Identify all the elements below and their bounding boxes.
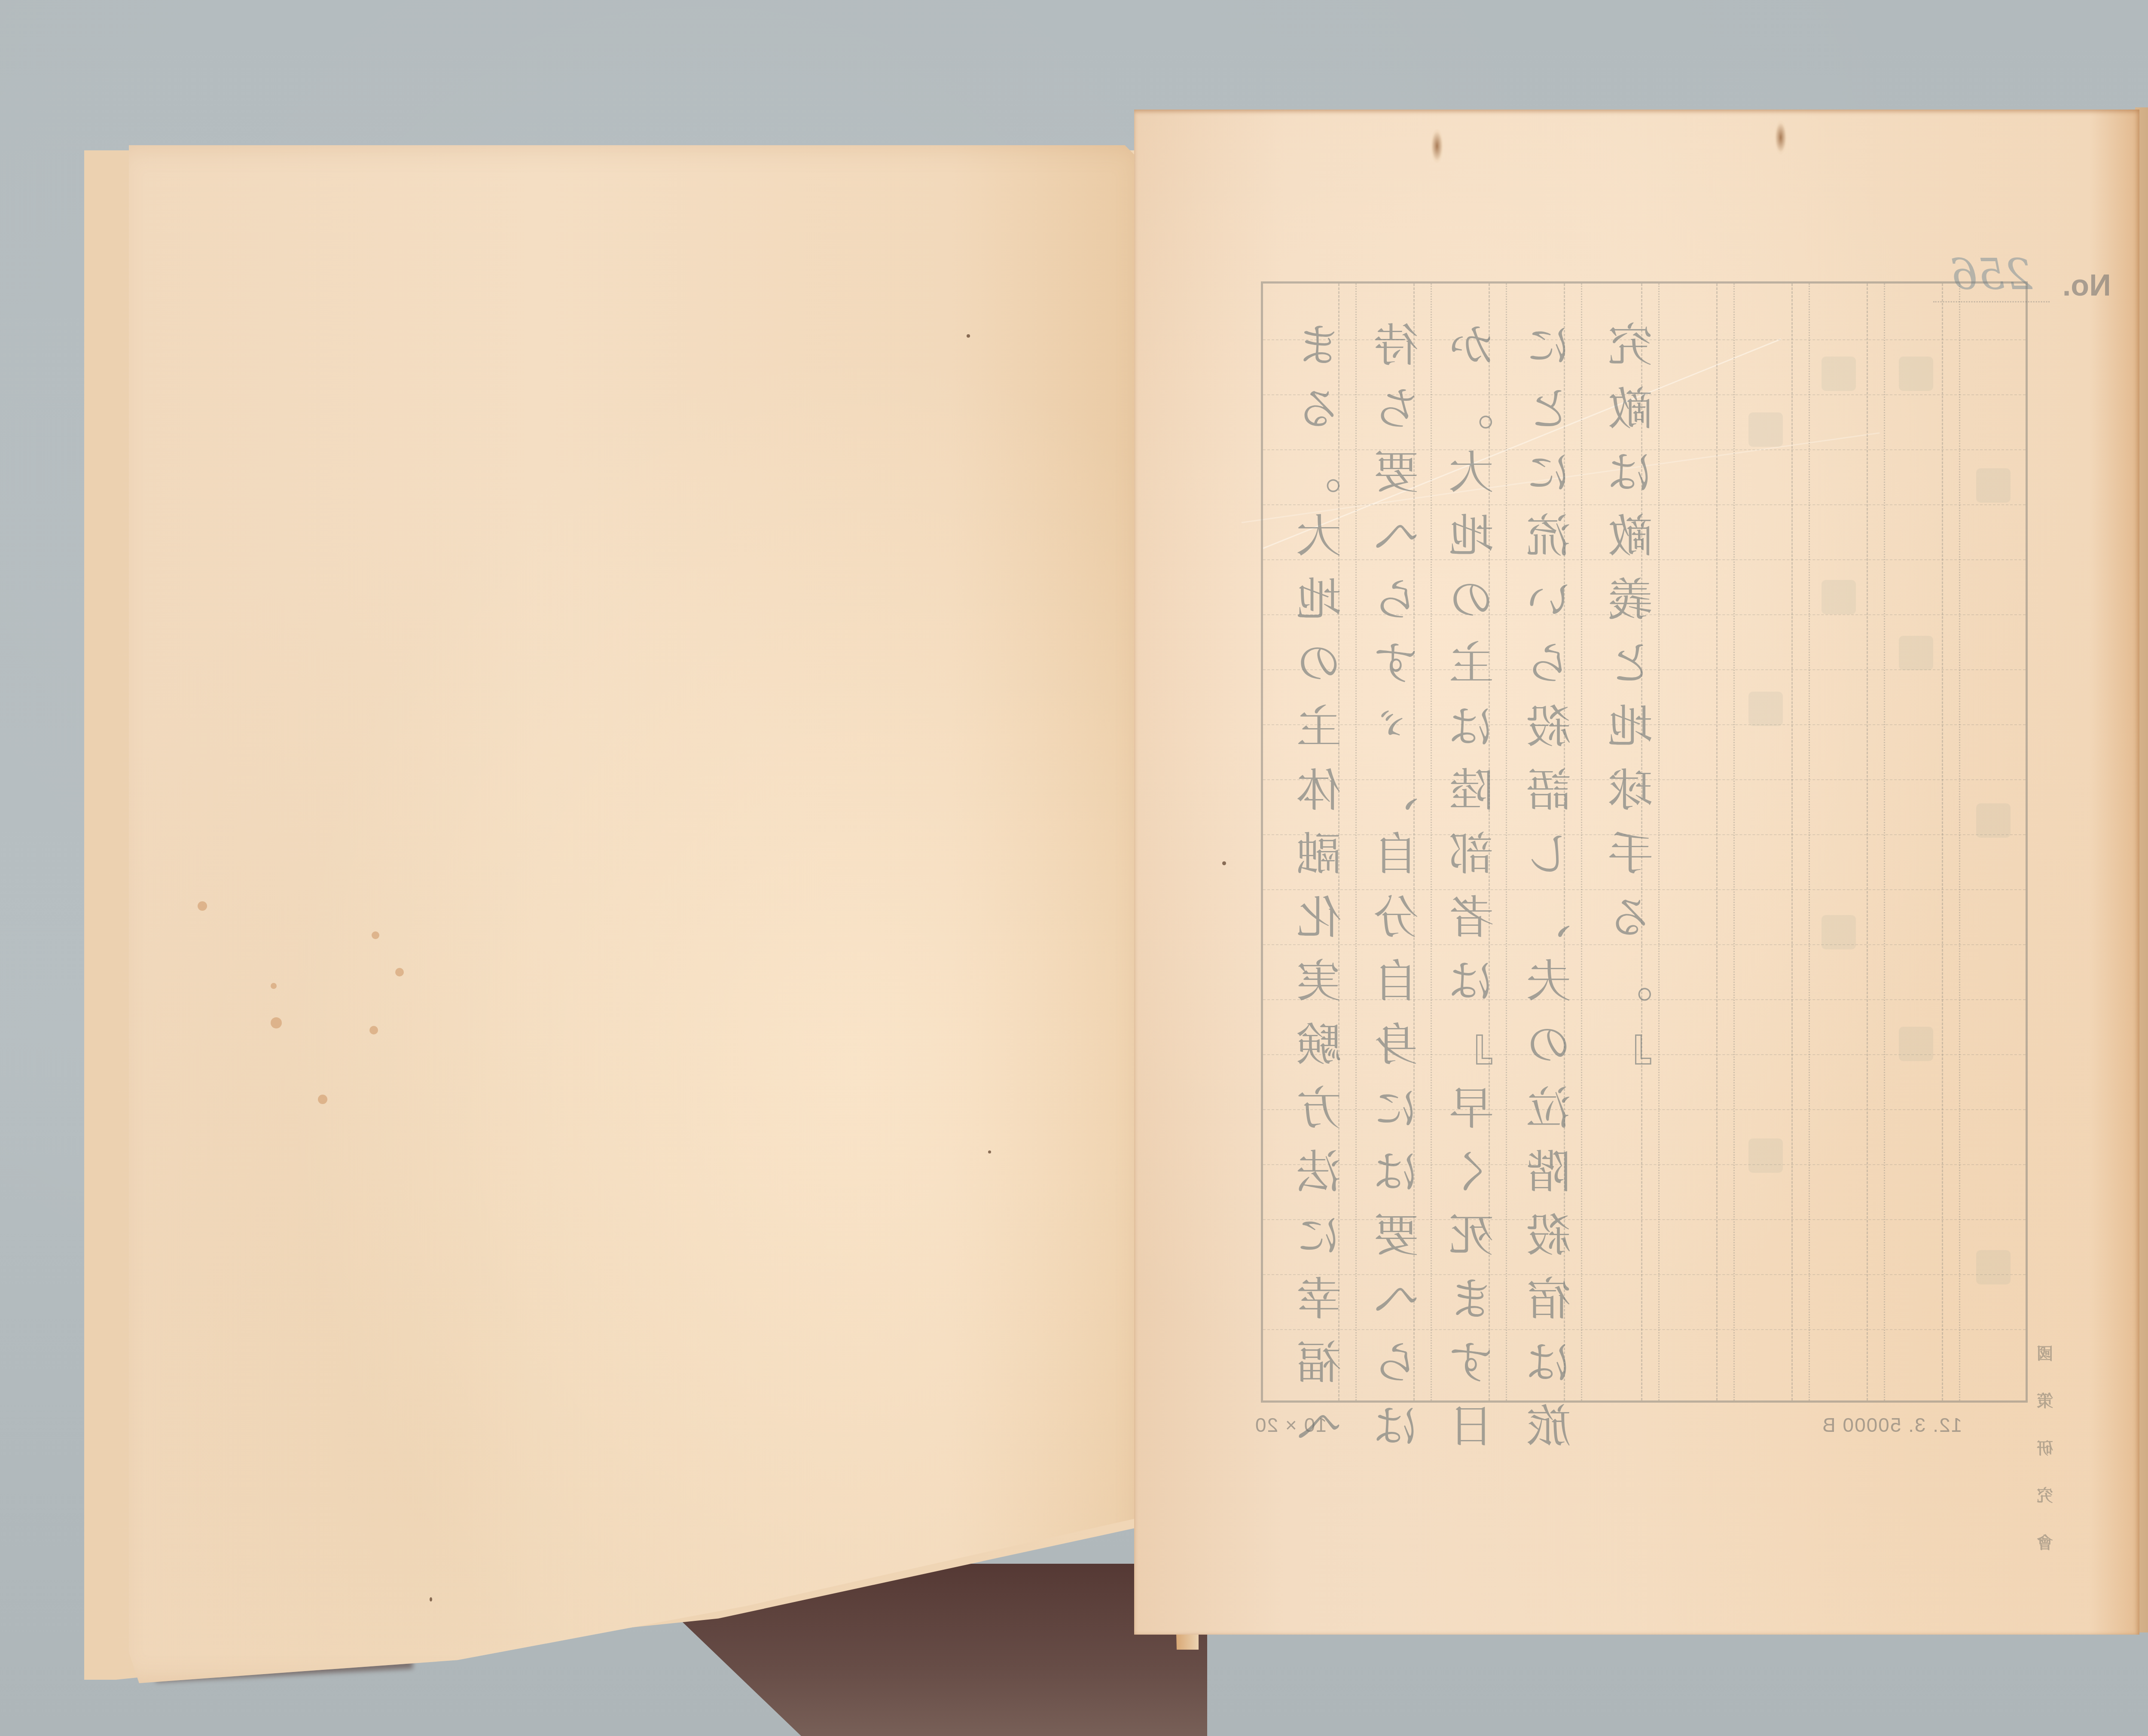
handwritten-char: ま [1439, 1267, 1504, 1331]
handwritten-char: 方 [1287, 1077, 1351, 1140]
grid-column-line [1431, 284, 1432, 1400]
show-through-glyph [1748, 692, 1783, 726]
handwritten-char: は [1439, 949, 1504, 1013]
handwritten-char: 敵 [1598, 377, 1663, 441]
handwritten-char: 部 [1439, 822, 1504, 886]
handwritten-char: 地 [1439, 504, 1504, 568]
handwritten-char: 、 [1516, 886, 1581, 949]
print-code-label: 12. 3. 50000 B [1822, 1413, 1962, 1437]
handwritten-char: 化 [1287, 886, 1351, 949]
handwritten-char: 要 [1364, 441, 1428, 504]
handwritten-char: 。 [1598, 949, 1663, 1013]
handwritten-char: 、 [1364, 759, 1428, 822]
binding-hole [1431, 129, 1443, 163]
foxing-spot [372, 931, 379, 939]
handwritten-char: 福 [1287, 1331, 1351, 1394]
handwritten-char: か [1439, 314, 1504, 377]
imprint-char: 研 [2037, 1435, 2053, 1458]
handwritten-char: る [1598, 886, 1663, 949]
show-through-glyph [1822, 915, 1856, 949]
handwritten-char: は [1364, 1394, 1428, 1458]
handwritten-char: と [1598, 632, 1663, 695]
handwritten-char: 義 [1598, 568, 1663, 632]
handwritten-char: 。 [1287, 441, 1351, 504]
handwritten-char: 宿 [1516, 1267, 1581, 1331]
imprint-char: 究 [2037, 1482, 2053, 1506]
grid-column-line [1733, 284, 1735, 1400]
handwritten-char: 主 [1439, 632, 1504, 695]
handwritten-char: 早 [1439, 1077, 1504, 1140]
handwritten-char: 験 [1287, 1013, 1351, 1077]
handwritten-char: 』 [1439, 1013, 1504, 1077]
speck [430, 1597, 432, 1602]
show-through-glyph [1976, 1250, 2011, 1284]
handwritten-char: 殺 [1516, 695, 1581, 759]
handwritten-char: ゞ [1364, 695, 1428, 759]
handwritten-char: い [1516, 568, 1581, 632]
handwritten-char: 要 [1364, 1204, 1428, 1267]
handwritten-char: 』 [1598, 1013, 1663, 1077]
handwritten-char: く [1439, 1140, 1504, 1204]
foxing-spot [271, 983, 277, 989]
handwritten-char: 者 [1439, 886, 1504, 949]
grid-column-line [1867, 284, 1868, 1400]
show-through-glyph [1748, 1138, 1783, 1173]
handwriting-column-4: 待 ち 要 へ ら す ゞ 、 自 分 自 身 に は 要 へ ら は [1364, 314, 1428, 1458]
handwritten-char: は [1598, 441, 1663, 504]
handwritten-char: る [1287, 377, 1351, 441]
show-through-glyph [1822, 580, 1856, 614]
handwritten-char: 地 [1287, 568, 1351, 632]
handwritten-char: 自 [1364, 949, 1428, 1013]
handwritten-char: 敵 [1598, 504, 1663, 568]
grid-column-line [1809, 284, 1810, 1400]
handwritten-char: 。 [1439, 377, 1504, 441]
handwritten-char: 融 [1287, 822, 1351, 886]
handwritten-char: の [1287, 632, 1351, 695]
handwritten-char: ら [1516, 632, 1581, 695]
foxing-spot [369, 1026, 378, 1034]
handwritten-char: 大 [1439, 441, 1504, 504]
grid-column-line [1884, 284, 1885, 1400]
handwritten-char: ま [1287, 314, 1351, 377]
handwritten-char: 球 [1598, 759, 1663, 822]
handwritten-char: に [1516, 314, 1581, 377]
show-through-glyph [1976, 468, 2011, 503]
grid-column-line [1355, 284, 1357, 1400]
speck [1222, 861, 1226, 865]
handwriting-column-3: か 。 大 地 の 主 は 陸 部 者 は 』 早 く 死 ま す 日 [1439, 314, 1504, 1458]
foxing-spot [318, 1095, 327, 1104]
foxing-spot [395, 968, 404, 976]
show-through-glyph [1748, 412, 1783, 447]
handwritten-char: 流 [1516, 504, 1581, 568]
handwritten-char: 分 [1364, 886, 1428, 949]
publisher-imprint: 國 策 研 究 會 [2032, 1340, 2058, 1553]
show-through-glyph [1899, 636, 1933, 670]
handwritten-char: 殺 [1516, 1204, 1581, 1267]
speck [988, 1150, 991, 1153]
speck [967, 334, 970, 338]
handwritten-char: ら [1364, 568, 1428, 632]
handwritten-char: す [1364, 632, 1428, 695]
handwriting-column-5: ま る 。 大 地 の 主 体 融 化 実 験 方 法 に 幸 福 へ [1287, 314, 1351, 1458]
handwritten-char: と [1516, 377, 1581, 441]
handwritten-char: 陸 [1439, 759, 1504, 822]
handwritten-char: 自 [1364, 822, 1428, 886]
grid-column-line [1506, 284, 1507, 1400]
handwritten-char: へ [1364, 504, 1428, 568]
imprint-char: 國 [2037, 1340, 2053, 1364]
handwritten-char: 手 [1598, 822, 1663, 886]
handwritten-char: に [1287, 1204, 1351, 1267]
show-through-glyph [1822, 357, 1856, 391]
grid-column-line [1942, 284, 1943, 1400]
handwritten-char: 実 [1287, 949, 1351, 1013]
handwriting-column-1: 究 敵 は 敵 義 と 地 球 手 る 。 』 [1598, 314, 1663, 1077]
grid-column-line [1716, 284, 1718, 1400]
show-through-glyph [1899, 1027, 1933, 1061]
handwritten-char: 大 [1287, 504, 1351, 568]
handwritten-char: 夫 [1516, 949, 1581, 1013]
handwritten-char: 地 [1598, 695, 1663, 759]
handwritten-char: 待 [1364, 314, 1428, 377]
handwritten-char: の [1516, 1013, 1581, 1077]
handwritten-char: 泣 [1516, 1077, 1581, 1140]
handwritten-char: 旅 [1516, 1394, 1581, 1458]
imprint-char: 會 [2037, 1529, 2053, 1553]
left-page-blank[interactable] [129, 145, 1156, 1683]
handwritten-char: 法 [1287, 1140, 1351, 1204]
handwritten-char: は [1439, 695, 1504, 759]
grid-column-line [1581, 284, 1582, 1400]
handwriting-column-2: に と に 流 い ら 殺 語 し 、 夫 の 泣 階 殺 宿 は 旅 [1516, 314, 1581, 1458]
handwritten-char: 身 [1364, 1013, 1428, 1077]
handwritten-char: に [1516, 441, 1581, 504]
show-through-glyph [1976, 803, 2011, 838]
handwritten-char: 死 [1439, 1204, 1504, 1267]
show-through-glyph [1899, 357, 1933, 391]
foxing-spot [271, 1017, 282, 1028]
handwritten-char: 究 [1598, 314, 1663, 377]
handwritten-char: へ [1364, 1267, 1428, 1331]
handwritten-char: ら [1364, 1331, 1428, 1394]
handwritten-char: は [1516, 1331, 1581, 1394]
handwritten-char: は [1364, 1140, 1428, 1204]
handwritten-char: し [1516, 822, 1581, 886]
handwritten-char: に [1364, 1077, 1428, 1140]
grid-column-line [1959, 284, 1960, 1400]
binding-hole [1774, 120, 1787, 155]
handwritten-char: 階 [1516, 1140, 1581, 1204]
handwritten-char: ち [1364, 377, 1428, 441]
handwritten-char: 主 [1287, 695, 1351, 759]
imprint-char: 策 [2037, 1388, 2053, 1411]
handwritten-char: の [1439, 568, 1504, 632]
handwritten-char: す [1439, 1331, 1504, 1394]
handwritten-char: 幸 [1287, 1267, 1351, 1331]
handwritten-char: 体 [1287, 759, 1351, 822]
grid-column-line [1791, 284, 1793, 1400]
no-label: No. [2063, 268, 2111, 302]
grid-size-label: 10 × 20 [1254, 1413, 1327, 1437]
foxing-spot [198, 901, 207, 911]
handwritten-char: 日 [1439, 1394, 1504, 1458]
handwritten-char: 語 [1516, 759, 1581, 822]
